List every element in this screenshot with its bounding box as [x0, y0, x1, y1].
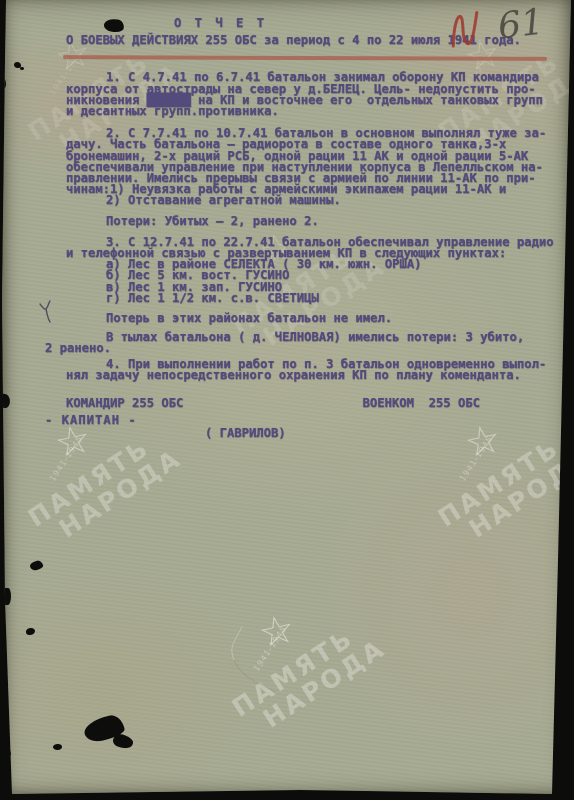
report-line: нял задачу непосредственного охранения К…: [66, 370, 560, 381]
paper-tear: [20, 67, 24, 70]
watermark-years: 1941-1945: [458, 434, 495, 483]
commander-rank: - КАПИТАН -: [66, 415, 560, 426]
scan-background: ☆ 1941-1945 ПАМЯТЬНАРОДА ☆ 1941-1945 ПАМ…: [0, 0, 574, 800]
watermark-text: НАРОДА: [465, 445, 574, 543]
paper-tear: [26, 628, 35, 635]
watermark-text: НАРОДА: [55, 445, 186, 543]
losses-line: В тылах батальона ( д. ЧЕЛНОВАЯ) имелись…: [66, 332, 560, 343]
paper-hole: [111, 732, 134, 751]
paper-tear: [53, 744, 62, 750]
watermark-years: 1941-1945: [48, 434, 85, 483]
losses-line: 2 ранено.: [66, 343, 560, 354]
losses-line: Потери: Убитых — 2, ранено 2.: [66, 216, 560, 227]
paper-tear: [0, 78, 6, 89]
paper-crease: [221, 626, 295, 693]
commander-signature: КОМАНДИР 255 ОБС: [66, 398, 183, 409]
list-item: г) Лес 1 1/2 км. с.в. СВЕТИЦЫ: [66, 293, 560, 304]
report-line: и десантных групп.противника.: [66, 106, 560, 117]
report-text: О Т Ч Е Т О БОЕВЫХ ДЕЙСТВИЯХ 255 ОБС за …: [66, 18, 560, 440]
commissar-signature: ВОЕНКОМ 255 ОБС: [363, 398, 480, 409]
paper-tear: [0, 745, 12, 761]
paper-tear: [29, 560, 44, 572]
ink-checkmark: [38, 298, 60, 324]
report-line: 2) Отставание агрегатной машины.: [66, 195, 560, 206]
scanned-document-page: ☆ 1941-1945 ПАМЯТЬНАРОДА ☆ 1941-1945 ПАМ…: [0, 0, 574, 800]
red-pencil-mark: [443, 3, 491, 54]
commander-name: ( ГАВРИЛОВ): [66, 428, 560, 439]
signature-row: КОМАНДИР 255 ОБС ВОЕНКОМ 255 ОБС: [66, 398, 560, 409]
losses-line: Потерь в этих районах батальон не имел.: [66, 313, 560, 324]
paper-tear: [5, 588, 11, 605]
paper-tear: [0, 393, 11, 408]
handwritten-page-number: 61: [496, 2, 546, 48]
